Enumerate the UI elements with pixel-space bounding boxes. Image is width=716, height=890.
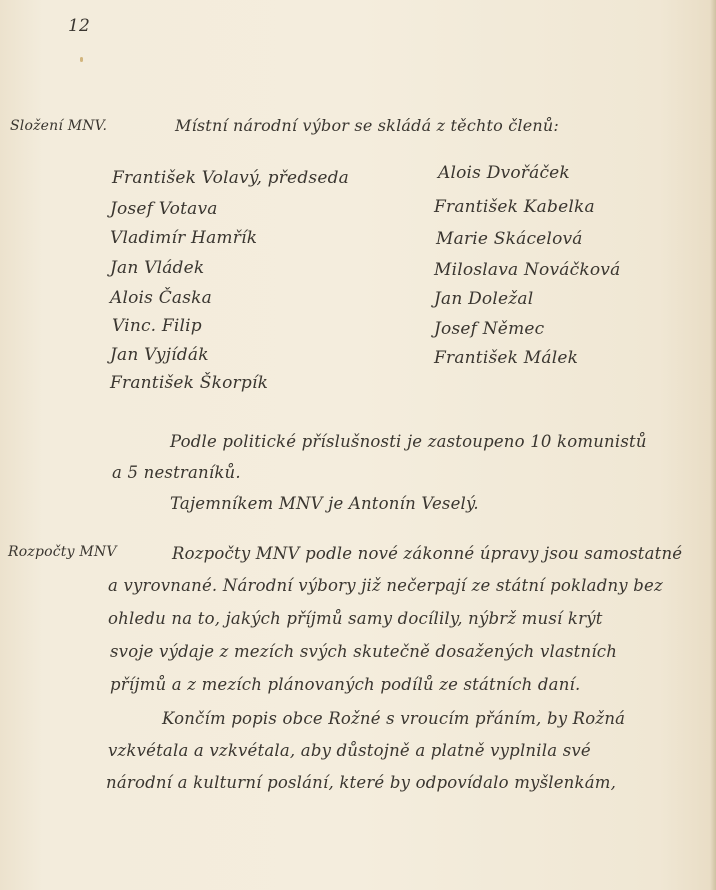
manuscript-page: 12 Složení MNV. Místní národní výbor se …	[0, 0, 716, 890]
members-heading: Místní národní výbor se skládá z těchto …	[175, 116, 559, 135]
secretary-line: Tajemníkem MNV je Antonín Veselý.	[170, 494, 479, 513]
paper-stain	[80, 57, 83, 62]
member-name: Alois Časka	[110, 288, 212, 308]
page-number: 12	[68, 16, 90, 36]
member-name: Jan Doležal	[434, 289, 533, 309]
member-name: Alois Dvořáček	[438, 163, 570, 183]
party-composition-line-1: Podle politické příslušnosti je zastoupe…	[170, 432, 647, 451]
member-name: Vinc. Filip	[112, 316, 202, 336]
closing-line: Končím popis obce Rožné s vroucím přáním…	[162, 709, 625, 728]
member-name: František Málek	[434, 348, 578, 368]
member-name: Marie Skácelová	[436, 229, 583, 249]
member-name: František Volavý, předseda	[112, 168, 349, 188]
member-name: František Kabelka	[434, 197, 595, 217]
party-composition-line-2: a 5 nestraníků.	[112, 463, 241, 482]
closing-line: vzkvétala a vzkvétala, aby důstojně a pl…	[108, 741, 591, 760]
member-name: Jan Vyjídák	[110, 345, 209, 365]
member-name: Josef Němec	[434, 319, 544, 339]
member-name: František Škorpík	[110, 373, 268, 393]
budget-line: svoje výdaje z mezích svých skutečně dos…	[110, 642, 617, 661]
margin-label-budget: Rozpočty MNV	[8, 544, 117, 560]
member-name: Josef Votava	[110, 199, 218, 219]
budget-line: Rozpočty MNV podle nové zákonné úpravy j…	[172, 544, 682, 563]
member-name: Jan Vládek	[110, 258, 204, 278]
member-name: Miloslava Nováčková	[434, 260, 620, 280]
member-name: Vladimír Hamřík	[110, 228, 257, 248]
closing-line: národní a kulturní poslání, které by odp…	[106, 773, 616, 792]
margin-label-members: Složení MNV.	[10, 118, 107, 134]
budget-line: příjmů a z mezích plánovaných podílů ze …	[110, 675, 580, 694]
budget-line: a vyrovnané. Národní výbory již nečerpaj…	[108, 576, 663, 595]
budget-line: ohledu na to, jakých příjmů samy docílil…	[108, 609, 603, 628]
